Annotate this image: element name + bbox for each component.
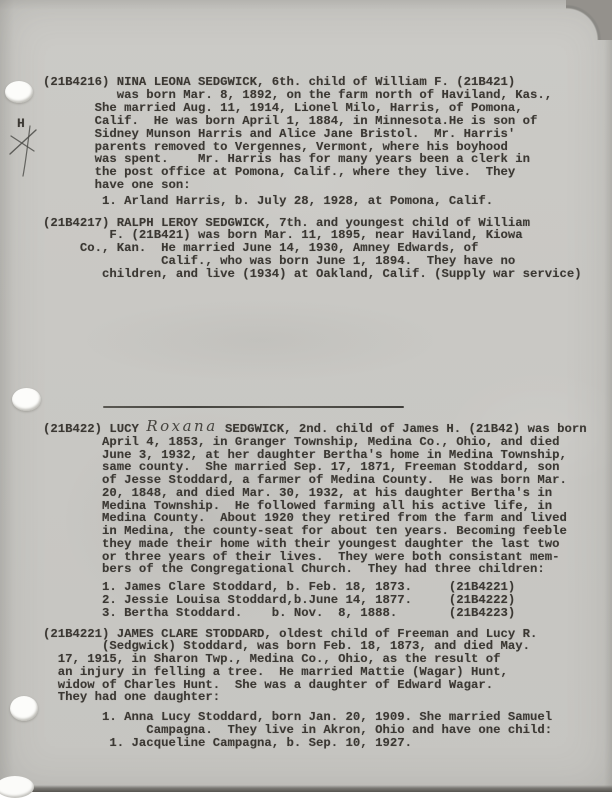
text-line: Co., Kan. He married June 14, 1930, Amne… xyxy=(43,242,582,255)
text-line: Sidney Munson Harris and Alice Jane Bris… xyxy=(43,128,552,141)
text-line: was born Mar. 8, 1892, on the farm north… xyxy=(43,89,552,102)
handwritten-name-roxana: Roxana xyxy=(146,417,217,435)
punch-hole xyxy=(10,696,38,721)
text-line: they made their home with their youngest… xyxy=(43,538,587,551)
text-line: (21B422) LUCY Roxana SEDGWICK, 2nd. chil… xyxy=(43,421,587,436)
scanned-document-page: H (21B4216) NINA LEONA SEDGWICK, 6th. ch… xyxy=(0,0,612,792)
handwritten-x-mark-icon xyxy=(6,124,46,180)
text-line: have one son: xyxy=(43,179,552,192)
text-line: Calif. He was born April 1, 1884, in Min… xyxy=(43,115,552,128)
text-line: 1. Jacqueline Campagna, b. Sep. 10, 1927… xyxy=(43,737,552,750)
entry-id-and-name: (21B422) LUCY xyxy=(43,422,146,436)
text-line: Campagna. They live in Akron, Ohio and h… xyxy=(43,724,552,737)
text-line: 20, 1848, and died Mar. 30, 1932, at his… xyxy=(43,487,587,500)
text-line: an injury in felling a tree. He married … xyxy=(43,666,537,679)
punch-hole xyxy=(5,81,33,103)
page-bottom-scan-edge xyxy=(0,785,612,792)
entry-heading-rest: SEDGWICK, 2nd. child of James H. (21B42)… xyxy=(218,422,587,436)
entry-21B4221: (21B4221) JAMES CLARE STODDARD, oldest c… xyxy=(43,628,537,705)
entry-21B4221-children: 1. Anna Lucy Stoddard, born Jan. 20, 190… xyxy=(43,711,552,750)
text-line: 3. Bertha Stoddard. b. Nov. 8, 1888. (21… xyxy=(43,607,515,620)
text-line: (21B4216) NINA LEONA SEDGWICK, 6th. chil… xyxy=(43,76,552,89)
entry-21B4217: (21B4217) RALPH LEROY SEDGWICK, 7th. and… xyxy=(43,217,582,281)
text-line: 1. James Clare Stoddard, b. Feb. 18, 187… xyxy=(43,581,515,594)
entry-21B422-body: April 4, 1853, in Granger Township, Medi… xyxy=(43,436,587,576)
text-line: April 4, 1853, in Granger Township, Medi… xyxy=(43,436,587,449)
torn-edge-chip xyxy=(0,776,34,792)
text-line: of Jesse Stoddard, a farmer of Medina Co… xyxy=(43,474,587,487)
text-line: bers of the Congregational Church. They … xyxy=(43,563,587,576)
text-line: 1. Arland Harris, b. July 28, 1928, at P… xyxy=(43,195,493,208)
text-line: They had one daughter: xyxy=(43,691,537,704)
text-line: 2. Jessie Louisa Stoddard,b.June 14, 187… xyxy=(43,594,515,607)
punch-hole xyxy=(12,388,41,411)
page-corner-scan-edge xyxy=(566,0,612,40)
text-line: in Medina, the county-seat for about ten… xyxy=(43,525,587,538)
text-line: 17, 1915, in Sharon Twp., Medina Co., Oh… xyxy=(43,653,537,666)
entry-21B422: (21B422) LUCY Roxana SEDGWICK, 2nd. chil… xyxy=(43,421,587,576)
text-line: She married Aug. 11, 1914, Lionel Milo, … xyxy=(43,102,552,115)
text-line: Calif., who was born June 1, 1894. They … xyxy=(43,255,582,268)
typed-divider-line xyxy=(103,406,404,408)
text-line: 1. Anna Lucy Stoddard, born Jan. 20, 190… xyxy=(43,711,552,724)
text-line: children, and live (1934) at Oakland, Ca… xyxy=(43,268,582,281)
entry-21B4216-children: 1. Arland Harris, b. July 28, 1928, at P… xyxy=(43,195,493,208)
entry-21B422-children: 1. James Clare Stoddard, b. Feb. 18, 187… xyxy=(43,581,515,619)
entry-21B4216: (21B4216) NINA LEONA SEDGWICK, 6th. chil… xyxy=(43,76,552,192)
